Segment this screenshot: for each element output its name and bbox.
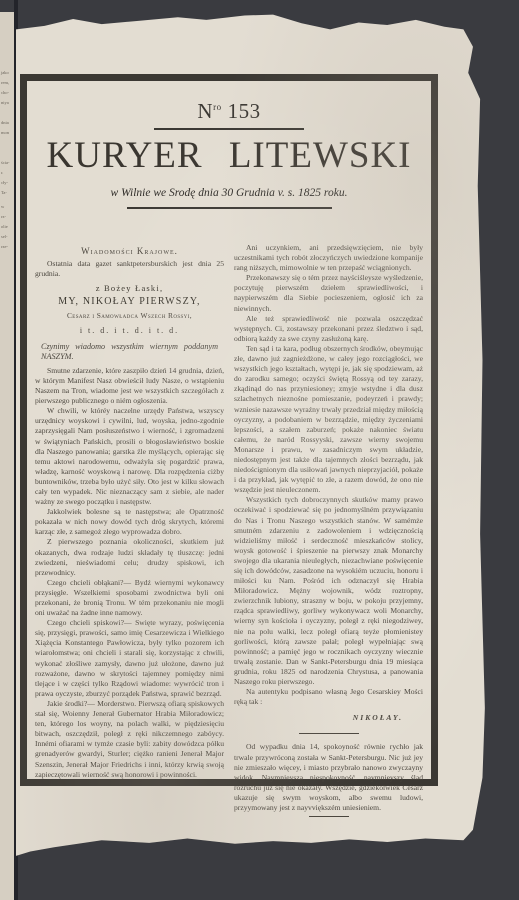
end-rule [309, 816, 349, 817]
by-grace: z Bożey Łaski, [35, 283, 224, 293]
paragraph: Przekonawszy się o tém przez nayściśleys… [234, 273, 423, 313]
header-rule [154, 128, 304, 130]
right-column: Ani uczynkiem, ani przedsięwzięciem, nie… [234, 243, 423, 817]
prev-page-fragment: w [1, 204, 4, 210]
left-column: Wiadomości Krajowe. Ostatnia data gazet … [35, 243, 224, 817]
prev-page-fragment: ścia- [1, 160, 10, 166]
section-heading: Wiadomości Krajowe. [35, 246, 224, 256]
paragraph: Jakkolwiek bolesne są te następstwa; ale… [35, 507, 224, 537]
prev-page-fragment: rze- [1, 244, 8, 250]
prev-page-fragment: Ta- [1, 190, 7, 196]
dateline: w Wilnie we Srodę dnia 30 Grudnia v. s. … [33, 187, 425, 199]
paragraph: Ten sąd i ta kara, podług obszernych śro… [234, 344, 423, 495]
prev-page-fragment: dnia [1, 120, 9, 126]
paragraph: Czego chcieli obłąkani?— Bydź wiernymi w… [35, 578, 224, 618]
paragraph: Jakie środki?— Morderstwo. Pierwszą ofia… [35, 699, 224, 780]
article-columns: Wiadomości Krajowe. Ostatnia data gazet … [35, 243, 423, 817]
paragraph: Ani uczynkiem, ani przedsięwzięciem, nie… [234, 243, 423, 273]
paragraph: Czego chcieli spiskowi?— Swięte wyrazy, … [35, 618, 224, 699]
article-separator [299, 733, 359, 734]
issue-number: Nro153 [33, 99, 425, 124]
paragraph: Smutne zdarzenie, które zaszpiło dzień 1… [35, 366, 224, 406]
manifesto-intro: Czynimy wiadomo wszystkim wiernym poddan… [35, 342, 224, 362]
prev-page-fragment: cho- [1, 90, 9, 96]
prev-page-fragment: niya [1, 100, 9, 106]
paragraph: Z pierwszego poznania okoliczności, skut… [35, 537, 224, 577]
prev-page-fragment: jako [1, 70, 9, 76]
prev-page-fragment: r. [1, 170, 3, 176]
prev-page-fragment: sel- [1, 234, 8, 240]
page-border-frame: Nro153 KURYER LITEWSKI w Wilnie we Srodę… [20, 74, 438, 786]
paragraph: W chwili, w któréy naczelne urzędy Państ… [35, 406, 224, 507]
paragraph: Wszystkich tych dobroczynnych skutków ma… [234, 495, 423, 687]
et-cetera: i t. d. i t. d. i t. d. [35, 326, 224, 336]
prev-page-fragment: mon [1, 130, 9, 136]
number-prefix: N [197, 99, 213, 123]
sovereign-name: MY, NIKOŁAY PIERWSZY, [35, 297, 224, 307]
prev-page-fragment: rem, [1, 80, 9, 86]
number-superscript: ro [213, 102, 222, 112]
newspaper-page: Nro153 KURYER LITEWSKI w Wilnie we Srodę… [16, 12, 492, 882]
signature: NIKOŁAY. [234, 713, 403, 723]
prev-page-fragment: olie [1, 224, 8, 230]
paragraph: Od wypadku dnia 14, spokoyność równie ry… [234, 742, 423, 813]
dateline-rule [127, 207, 332, 209]
prev-page-fragment: rz- [1, 214, 6, 220]
number-value: 153 [228, 99, 261, 123]
paragraph: Ale też sprawiedliwość nie pozwala oszcz… [234, 314, 423, 344]
date-note: Ostatnia data gazet sanktpetersburskich … [35, 259, 224, 279]
prev-page-fragment: cły- [1, 180, 8, 186]
paragraph: Na autentyku podpisano własną Jego Cesar… [234, 687, 423, 707]
masthead-title: KURYER LITEWSKI [33, 136, 425, 177]
sovereign-titles: Cesarz i Samowładca Wszech Rossyi, [35, 311, 224, 321]
